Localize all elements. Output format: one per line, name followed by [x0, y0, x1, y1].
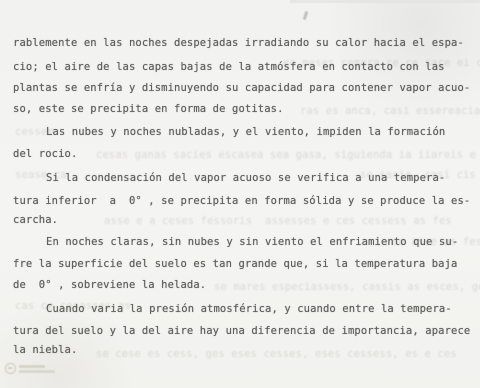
text-line: fre la superficie del suelo es tan grand… [13, 258, 457, 271]
text-line: tura del suelo y la del aire hay una dif… [13, 325, 470, 338]
text-line: de 0° , sobreviene la helada. [13, 279, 206, 292]
text-line: rablemente en las noches despejadas irra… [13, 37, 464, 50]
text-line: Cuando varia la presión atmosférica, y c… [46, 303, 452, 316]
text-line: la niebla. [13, 344, 77, 357]
text-line: so, este se precipita en forma de gotita… [13, 103, 284, 116]
text-line: carcha. [13, 214, 58, 227]
text-line: Las nubes y noches nubladas, y el viento… [46, 126, 445, 139]
text-line: del rocio. [13, 148, 77, 161]
text-line: Si la condensación del vapor acuoso se v… [46, 172, 445, 185]
text-line: tura inferior a 0° , se precipita en for… [13, 195, 470, 208]
text-line: plantas se enfría y disminuyendo su capa… [13, 82, 470, 95]
text-line: cio; el aire de las capas bajas de la at… [13, 61, 445, 74]
scanned-document-page: ea meses cemara ce ce sace ei canearas e… [0, 0, 480, 388]
typewritten-text-layer: rablemente en las noches despejadas irra… [0, 0, 480, 388]
text-line: En noches claras, sin nubes y sin viento… [46, 236, 458, 249]
